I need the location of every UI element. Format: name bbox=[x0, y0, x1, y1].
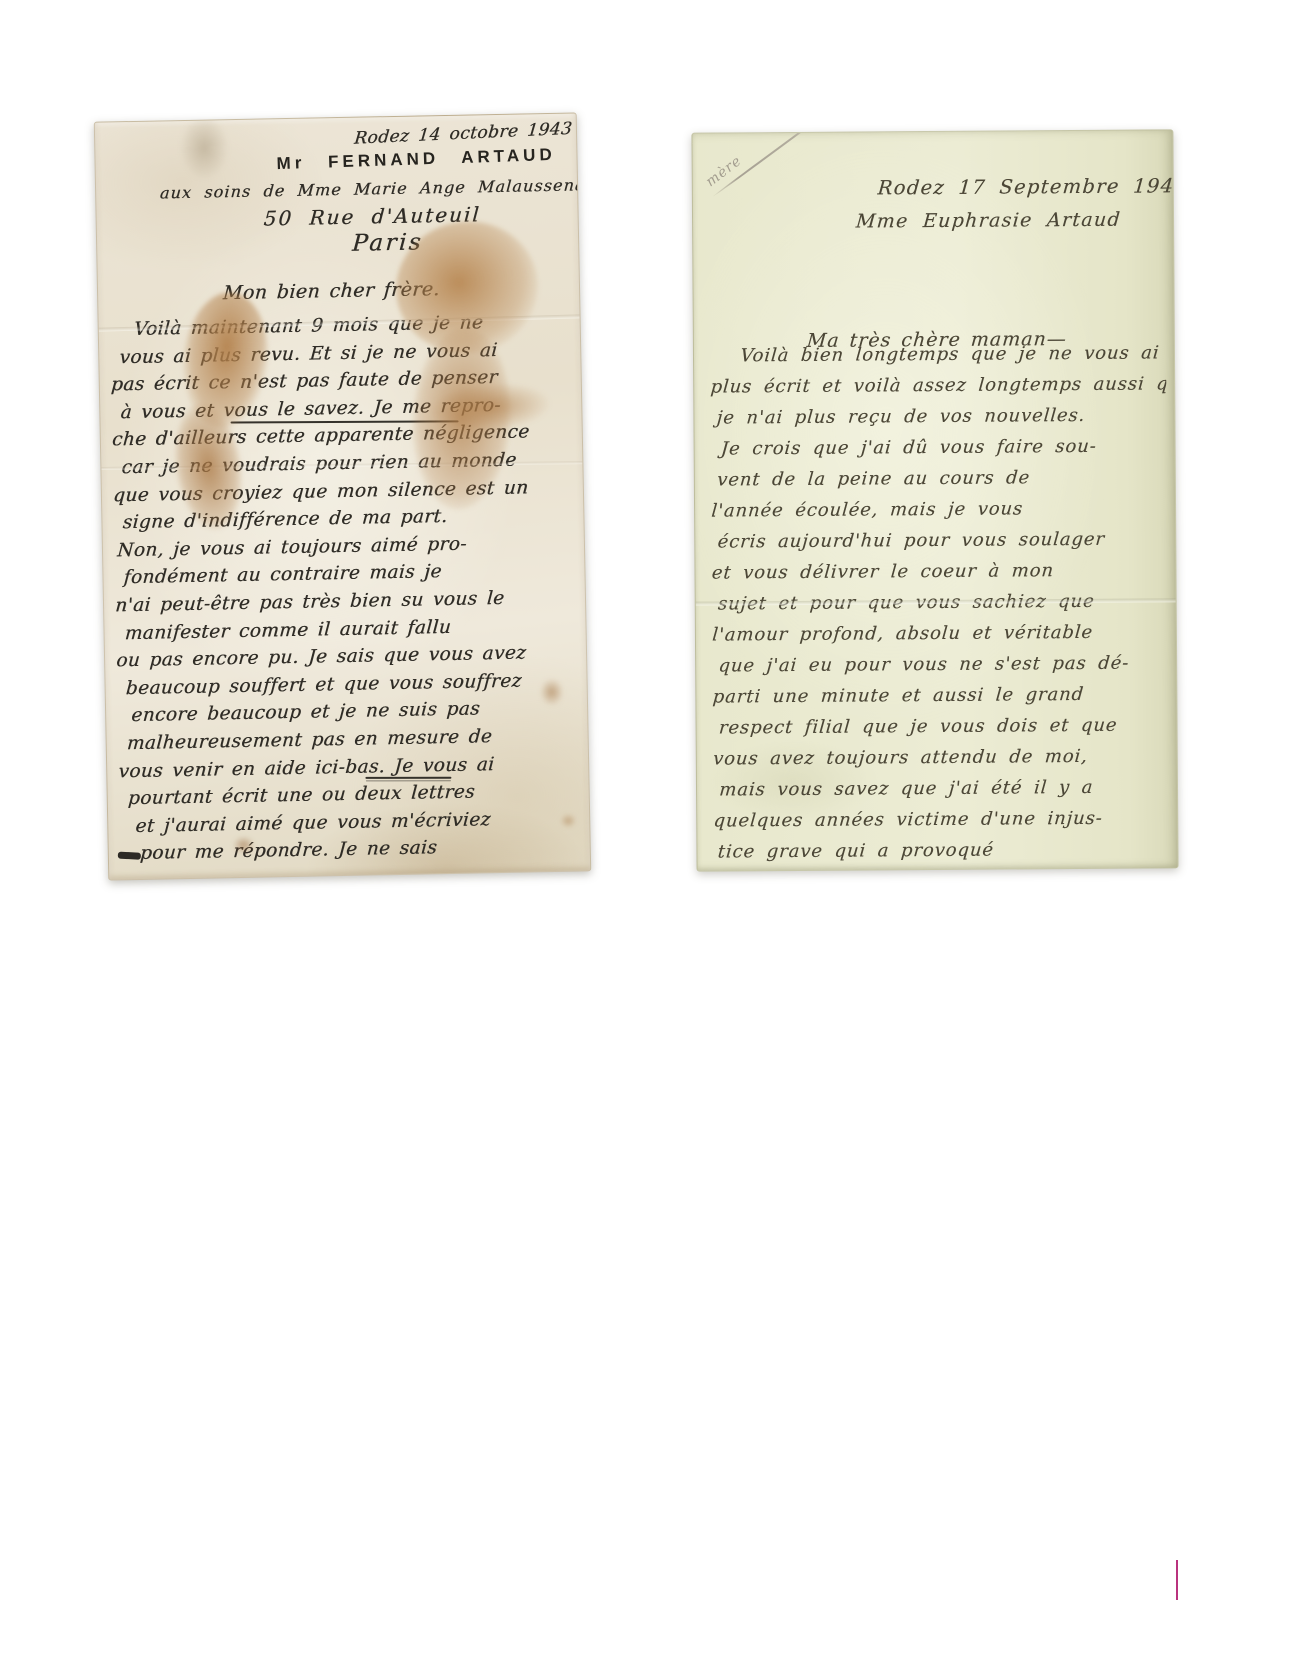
handwritten-line: vent de la peine au cours de bbox=[716, 461, 1169, 495]
catalog-photo: Rodez 14 octobre 1943 Mr FERNAND ARTAUD … bbox=[0, 0, 1301, 1672]
handwritten-line: parti une minute et aussi le grand bbox=[711, 678, 1169, 712]
handwritten-line: écris aujourd'hui pour vous soulager bbox=[716, 523, 1169, 557]
letter-care-of: aux soins de Mme Marie Ange Malaussena bbox=[159, 175, 586, 202]
letter-date: Rodez 17 Septembre 1943 bbox=[877, 174, 1179, 199]
pencil-annotation: mère bbox=[703, 153, 745, 190]
handwritten-line: Voilà bien longtemps que je ne vous ai bbox=[739, 337, 1168, 371]
handwritten-line: et vous délivrer le coeur à mon bbox=[711, 554, 1170, 588]
handwritten-line: plus écrit et voilà assez longtemps auss… bbox=[709, 368, 1168, 402]
handwritten-line: mais vous savez que j'ai été il y a bbox=[718, 771, 1169, 805]
letter-recipient: Mr FERNAND ARTAUD bbox=[276, 145, 556, 174]
letter-right-mother: mère Rodez 17 Septembre 1943 Mme Euphras… bbox=[691, 129, 1178, 871]
handwritten-line: tice grave qui a provoqué bbox=[717, 833, 1170, 867]
handwritten-line: respect filial que je vous dois et que bbox=[718, 709, 1170, 743]
handwritten-line: vous avez toujours attendu de moi, bbox=[712, 740, 1170, 774]
ink-underline bbox=[365, 777, 451, 779]
handwritten-line: quelques années victime d'une injus- bbox=[712, 802, 1169, 836]
letter-date: Rodez 14 octobre 1943 bbox=[353, 119, 573, 149]
handwritten-line: l'année écoulée, mais je vous bbox=[710, 492, 1169, 526]
magenta-registration-mark bbox=[1176, 1560, 1178, 1600]
letter-recipient: Mme Euphrasie Artaud bbox=[855, 209, 1122, 233]
smudge-stain bbox=[179, 114, 230, 181]
letter-left-fernand: Rodez 14 octobre 1943 Mr FERNAND ARTAUD … bbox=[94, 112, 591, 880]
ink-mark bbox=[118, 852, 141, 860]
handwritten-line: Je crois que j'ai dû vous faire sou- bbox=[720, 430, 1169, 464]
handwritten-line: que j'ai eu pour vous ne s'est pas dé- bbox=[717, 647, 1169, 681]
handwritten-line: je n'ai plus reçu de vos nouvelles. bbox=[716, 399, 1169, 433]
handwritten-line: l'amour profond, absolu et véritable bbox=[711, 616, 1170, 650]
